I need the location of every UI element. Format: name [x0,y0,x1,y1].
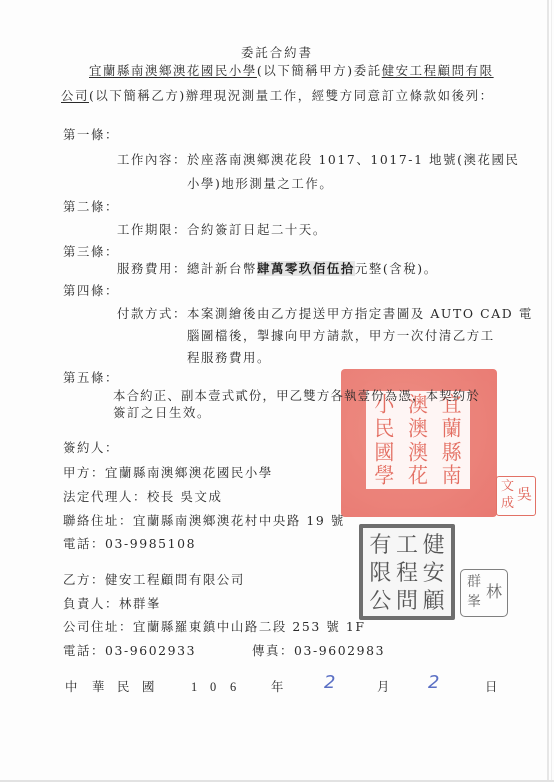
article-5-line-2: 簽訂之日生效。 [113,405,211,421]
owner-seal: 群 林 峯 [460,569,508,617]
article-5-line-1: 本合約正、副本壹式貳份，甲乙雙方各執壹份為憑，本契約於 [113,388,480,404]
article-4-line-3: 程服務費用。 [187,350,271,366]
article-4-line-2: 腦圖檔後，掣據向甲方請款，甲方一次付清乙方工 [187,328,495,344]
date-era-3: 民 [117,679,131,695]
party-b-name-line: 乙方：健安工程顧問有限公司 [63,572,245,588]
seal-char: 蘭 [435,416,468,440]
party-a-representative: 法定代理人：校長 吳文成 [63,489,222,505]
intro-line-1: 宜蘭縣南澳鄉澳花國民小學(以下簡稱甲方)委託健安工程顧問有限 [89,63,494,79]
party-b-name-part1: 健安工程顧問有限 [382,63,494,78]
seal-char: 國 [368,440,401,464]
date-year-digit-2: 0 [210,679,216,695]
article-4-line-1: 本案測繪後由乙方提送甲方指定書圖及 AUTO CAD 電 [187,306,533,322]
school-seal-characters: 小 澳 宜 民 澳 蘭 國 澳 縣 學 花 南 [366,391,470,489]
party-b-name-part2: 公司 [61,88,89,103]
date-year-digit-3: 6 [230,679,236,695]
contract-page: 委託合約書 宜蘭縣南澳鄉澳花國民小學(以下簡稱甲方)委託健安工程顧問有限 公司(… [0,0,554,782]
seal-char: 限 [367,560,394,588]
party-a-phone: 電話：03-9985108 [63,536,196,552]
party-b-address: 公司住址：宜蘭縣羅東鎮中山路二段 253 號 1F [63,619,366,635]
seal-char: 公 [367,588,394,616]
article-4-label: 付款方式： [117,306,187,322]
seal-char: 工 [394,532,421,560]
article-3-heading: 第三條： [63,244,119,260]
date-day-label: 日 [485,679,499,695]
party-b-phone: 電話：03-9602933 [63,643,196,659]
party-b-representative: 負責人：林群峯 [63,596,161,612]
date-era-1: 中 [65,679,79,695]
principal-seal: 文 吳 成 [496,476,536,516]
seal-char: 花 [402,464,435,488]
date-era-4: 國 [142,679,156,695]
seal-char: 有 [367,532,394,560]
seal-char: 安 [420,560,447,588]
party-b-fax: 傳真：03-9602983 [252,643,385,659]
fee-suffix: 元整(含稅)。 [355,261,438,276]
date-year-label: 年 [271,679,285,695]
article-3-fee: 總計新台幣肆萬零玖佰伍拾元整(含稅)。 [187,261,438,277]
page-edge-right-outer [551,0,552,782]
party-a-alias: (以下簡稱甲方)委託 [257,63,382,78]
article-2-heading: 第二條： [63,199,119,215]
seal-char: 問 [394,588,421,616]
company-seal: 有 工 健 限 程 安 公 問 顧 [359,524,455,620]
seal-char: 峯 [464,593,484,613]
seal-char: 群 [464,573,484,593]
seal-char: 吳 [516,479,533,513]
article-5-heading: 第五條： [63,370,119,386]
seal-char: 程 [394,560,421,588]
document-title: 委託合約書 [0,45,554,61]
article-1-line-1: 於座落南澳鄉澳花段 1017、1017-1 地號(澳花國民 [187,152,520,168]
seal-char: 林 [484,573,504,613]
seal-char: 民 [368,416,401,440]
fee-amount: 肆萬零玖佰伍拾 [257,261,355,276]
article-1-heading: 第一條： [63,127,119,143]
party-a-name-line: 甲方：宜蘭縣南澳鄉澳花國民小學 [63,465,273,481]
article-2-line-1: 合約簽訂日起二十天。 [187,222,327,238]
seal-char: 縣 [435,440,468,464]
article-2-label: 工作期限： [117,222,187,238]
article-1-label: 工作內容： [117,152,187,168]
seal-char: 南 [435,464,468,488]
seal-char: 學 [368,464,401,488]
intro-line-2: 公司(以下簡稱乙方)辦理現況測量工作，經雙方同意訂立條款如後列： [61,88,494,104]
page-edge-right [547,0,549,782]
date-day-handwritten: 2 [428,672,439,693]
seal-char: 澳 [402,416,435,440]
seal-char: 澳 [402,440,435,464]
intro-rest: (以下簡稱乙方)辦理現況測量工作，經雙方同意訂立條款如後列： [89,88,494,103]
article-3-label: 服務費用： [117,261,187,277]
seal-char: 文 [499,479,516,496]
party-a-address: 聯絡住址：宜蘭縣南澳鄉澳花村中央路 19 號 [63,513,345,529]
date-month-handwritten: 2 [324,672,335,693]
date-month-label: 月 [377,679,391,695]
party-a-name: 宜蘭縣南澳鄉澳花國民小學 [89,63,257,78]
article-1-line-2: 小學)地形測量之工作。 [187,176,333,192]
article-4-heading: 第四條： [63,283,119,299]
date-year-digit-1: 1 [191,679,197,695]
date-era-2: 華 [92,679,106,695]
seal-char: 成 [499,496,516,513]
seal-char: 健 [420,532,447,560]
seal-char: 顧 [420,588,447,616]
signatories-heading: 簽約人： [63,440,119,456]
fee-prefix: 總計新台幣 [187,261,257,276]
